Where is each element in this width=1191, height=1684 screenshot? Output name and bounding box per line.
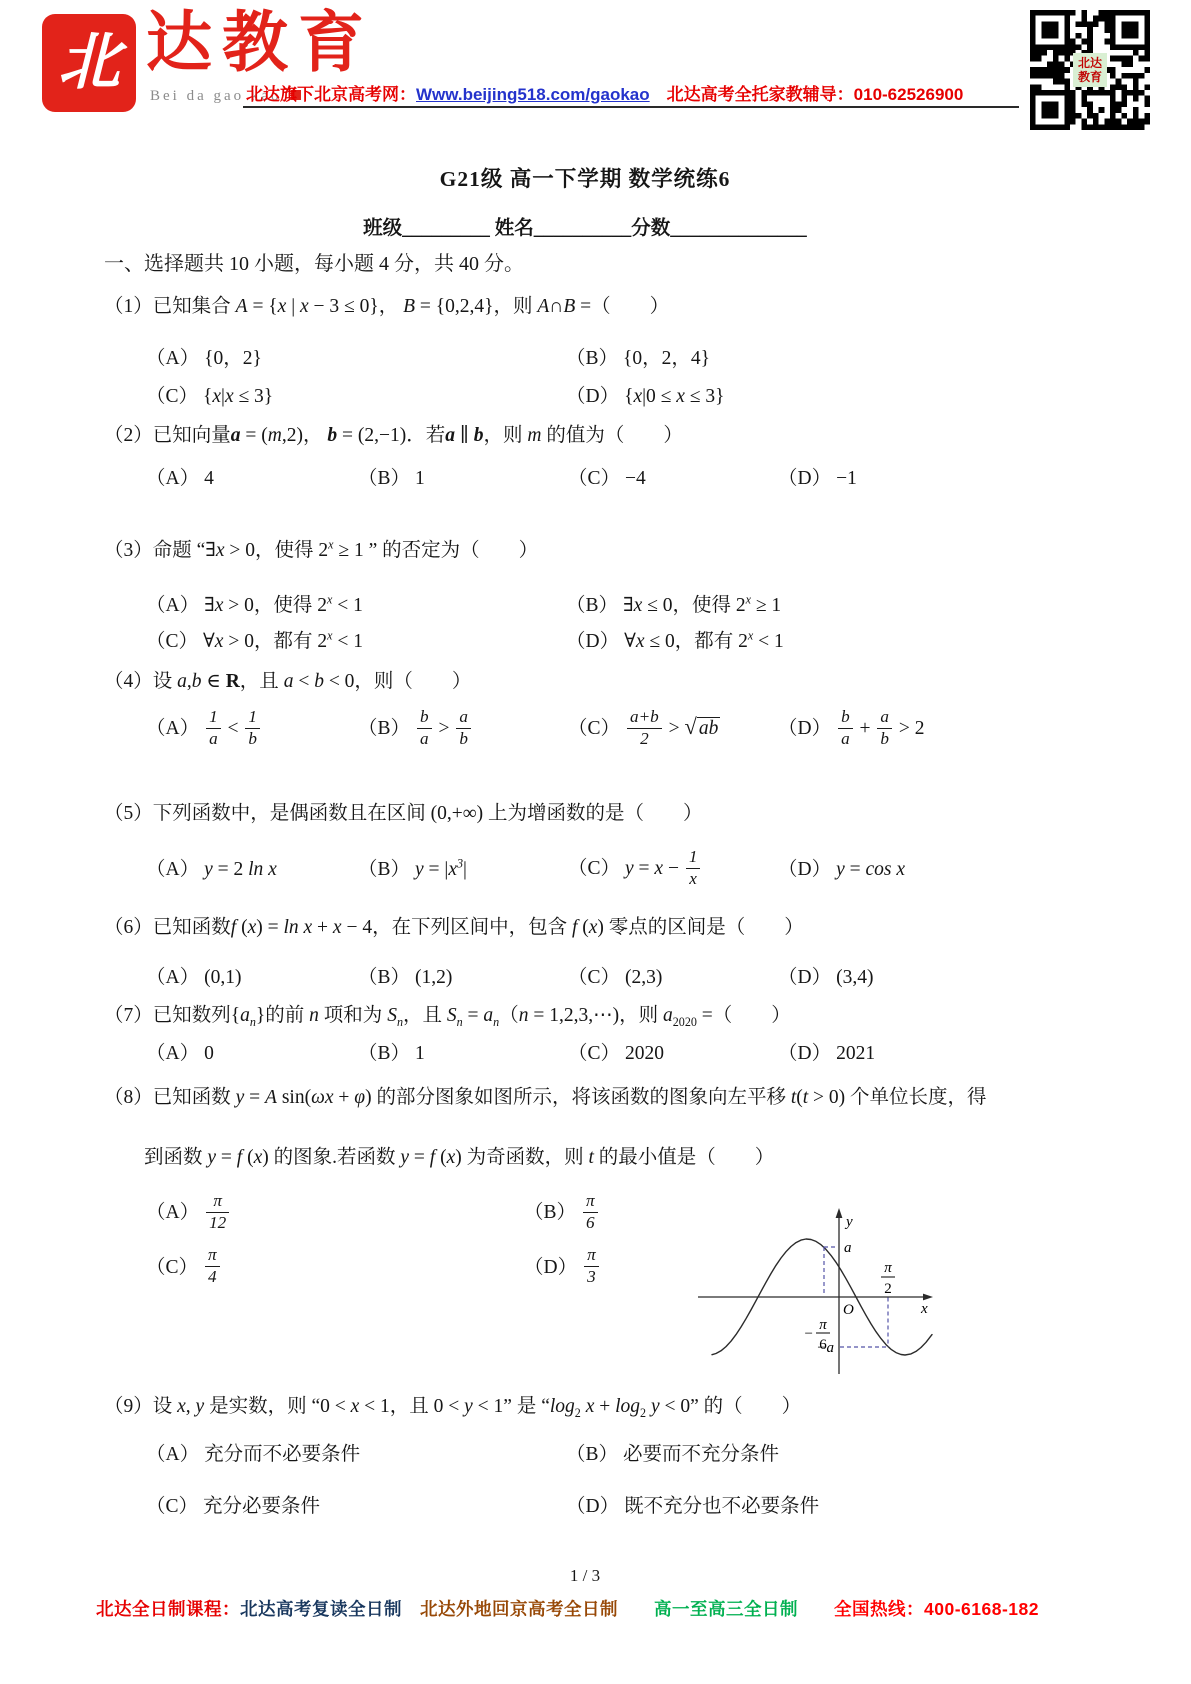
question-7: （7）已知数列{an}的前 n 项和为 Sn，且 Sn = an（n = 1,2… [104,1002,1114,1068]
svg-text:教育: 教育 [1077,69,1102,84]
question-6-option-a: （A）(0,1) [146,964,358,992]
question-4-stem: （4）设 a,b ∈ R，且 a < b < 0，则（ ） [104,668,1114,696]
question-6-options: （A）(0,1) （B）(1,2) （C）(2,3) （D）(3,4) [146,964,1114,992]
question-9-options: （A）充分而不必要条件 （B）必要而不充分条件 （C）充分必要条件 （D）既不充… [146,1441,1114,1521]
question-8-stem-line1: （8）已知函数 y = A sin(ωx + φ) 的部分图象如图所示，将该函数… [104,1084,1114,1112]
question-1-options: （A）{0，2} （B）{0，2，4} （C）{x|x ≤ 3} （D）{x|0… [146,345,1114,411]
question-1-option-c: （C）{x|x ≤ 3} [146,383,566,411]
question-5: （5）下列函数中，是偶函数且在区间 (0,+∞) 上为增函数的是（ ） （A）y… [104,800,1114,890]
question-3-option-d: （D）∀x ≤ 0，都有 2x < 1 [566,628,1114,656]
class-name-score-line: 班级_________ 姓名__________分数______________ [0,212,1170,240]
fraction: ba [838,708,853,748]
question-7-options: （A）0 （B）1 （C）2020 （D）2021 [146,1040,1114,1068]
question-9-option-c: （C）充分必要条件 [146,1493,566,1521]
header-phone-label: 北达高考全托家教辅导：010-62526900 [650,85,964,104]
fraction: π12 [206,1192,229,1232]
question-7-option-b: （B）1 [358,1040,568,1068]
svg-text:北达: 北达 [1078,55,1102,70]
question-3: （3）命题 “∃x > 0，使得 2x ≥ 1 ” 的否定为（ ） （A）∃x … [104,537,1114,656]
fraction: a+b2 [627,708,662,748]
y-axis-arrow [836,1208,843,1218]
sine-graph: y x a −a O π 2 − π 6 [686,1202,936,1380]
question-5-option-c: （C）y = x − 1x [568,850,778,890]
q8-sine-figure: y x a −a O π 2 − π 6 [686,1202,936,1380]
fraction: π6 [583,1192,598,1232]
question-2-options: （A）4 （B）1 （C）−4 （D）−1 [146,465,1114,493]
question-4: （4）设 a,b ∈ R，且 a < b < 0，则（ ） （A）1a < 1b… [104,668,1114,750]
qr-code-image: 北达教育 [1030,10,1150,130]
question-1: （1）已知集合 A = {x | x − 3 ≤ 0}， B = {0,2,4}… [104,293,1114,411]
question-1-option-d: （D）{x|0 ≤ x ≤ 3} [566,383,1114,411]
brand-seal-logo: 北 [42,14,136,112]
question-4-option-c: （C）a+b2 > √ab [568,710,778,750]
question-9-option-a: （A）充分而不必要条件 [146,1441,566,1469]
question-2-stem: （2）已知向量a = (m,2)， b = (2,−1)．若a ∥ b，则 m … [104,422,1114,450]
a-label: a [844,1240,852,1256]
fraction: π3 [584,1246,599,1286]
question-5-option-b: （B）y = |x3| [358,856,568,884]
x-axis-label: x [920,1301,928,1317]
fraction: π4 [205,1246,220,1286]
question-2: （2）已知向量a = (m,2)， b = (2,−1)．若a ∥ b，则 m … [104,422,1114,493]
section-heading: 一、选择题共 10 小题，每小题 4 分，共 40 分。 [104,247,524,276]
question-9-option-d: （D）既不充分也不必要条件 [566,1493,1114,1521]
y-axis-label: y [844,1214,853,1230]
header-divider [243,106,1019,108]
question-8-option-a: （A）π12 [146,1194,524,1234]
question-8-stem-line2: 到函数 y = f (x) 的图象.若函数 y = f (x) 为奇函数，则 t… [144,1144,1114,1172]
fraction: ab [877,708,892,748]
question-5-option-a: （A）y = 2 ln x [146,856,358,884]
question-7-option-c: （C）2020 [568,1040,778,1068]
question-3-option-b: （B）∃x ≤ 0，使得 2x ≥ 1 [566,592,1114,620]
question-9: （9）设 x, y 是实数，则 “0 < x < 1，且 0 < y < 1” … [104,1393,1114,1521]
question-6-option-c: （C）(2,3) [568,964,778,992]
question-7-stem: （7）已知数列{an}的前 n 项和为 Sn，且 Sn = an（n = 1,2… [104,1002,1114,1030]
question-6-option-d: （D）(3,4) [778,964,1114,992]
header-contact-line: 北达旗下北京高考网：Www.beijing518.com/gaokao 北达高考… [246,80,963,105]
exam-page: 北 达教育 Bei da gao kao 北达旗下北京高考网：Www.beiji… [0,0,1191,1684]
question-5-stem: （5）下列函数中，是偶函数且在区间 (0,+∞) 上为增函数的是（ ） [104,800,1114,828]
question-1-stem: （1）已知集合 A = {x | x − 3 ≤ 0}， B = {0,2,4}… [104,293,1114,321]
qr-code: 北达教育 [1030,10,1150,130]
square-root: √ab [685,718,721,739]
question-7-option-d: （D）2021 [778,1040,1114,1068]
question-3-stem: （3）命题 “∃x > 0，使得 2x ≥ 1 ” 的否定为（ ） [104,537,1114,565]
question-9-option-b: （B）必要而不充分条件 [566,1441,1114,1469]
brand-name: 达教育 [146,8,374,81]
neg-pi-over-6-numerator: π [819,1317,827,1333]
fraction: 1x [686,848,701,888]
question-6: （6）已知函数f (x) = ln x + x − 4，在下列区间中，包含 f … [104,914,1114,992]
neg-pi-over-6-denominator: 6 [819,1337,827,1353]
fraction: ba [417,708,432,748]
question-8-options: （A）π12 （B）π6 （C）π4 （D）π3 [146,1194,1114,1288]
question-2-option-c: （C）−4 [568,465,778,493]
question-6-option-b: （B）(1,2) [358,964,568,992]
question-1-option-a: （A）{0，2} [146,345,566,373]
question-4-option-d: （D）ba + ab > 2 [778,710,1114,750]
x-axis-arrow [923,1294,933,1301]
pi-over-2-denominator: 2 [884,1281,892,1297]
header-site-link[interactable]: Www.beijing518.com/gaokao [416,85,650,104]
question-8-option-c: （C）π4 [146,1248,524,1288]
page-number: 1 / 3 [0,1566,1170,1586]
question-1-option-b: （B）{0，2，4} [566,345,1114,373]
fraction: 1b [245,708,260,748]
question-7-option-a: （A）0 [146,1040,358,1068]
question-8: （8）已知函数 y = A sin(ωx + φ) 的部分图象如图所示，将该函数… [104,1084,1114,1288]
question-6-stem: （6）已知函数f (x) = ln x + x − 4，在下列区间中，包含 f … [104,914,1114,942]
pi-over-2-numerator: π [884,1260,892,1276]
origin-label: O [843,1302,854,1318]
question-3-options: （A）∃x > 0，使得 2x < 1 （B）∃x ≤ 0，使得 2x ≥ 1 … [146,592,1114,656]
page-title: G21级 高一下学期 数学统练6 [0,162,1170,193]
question-5-options: （A）y = 2 ln x （B）y = |x3| （C）y = x − 1x … [146,850,1114,890]
question-3-option-c: （C）∀x > 0，都有 2x < 1 [146,628,566,656]
question-2-option-b: （B）1 [358,465,568,493]
question-4-options: （A）1a < 1b （B）ba > ab （C）a+b2 > √ab （D）b… [146,710,1114,750]
brand-seal-character: 北 [58,32,120,94]
neg-pi-over-6-minus: − [805,1326,813,1342]
header-site-label: 北达旗下北京高考网： [246,85,416,104]
question-2-option-d: （D）−1 [778,465,1114,493]
footer-promo-line: 北达全日制课程：北达高考复读全日制 北达外地回京高考全日制 高一至高三全日制 全… [96,1596,1039,1621]
question-5-option-d: （D）y = cos x [778,856,1114,884]
question-4-option-b: （B）ba > ab [358,710,568,750]
question-9-stem: （9）设 x, y 是实数，则 “0 < x < 1，且 0 < y < 1” … [104,1393,1114,1421]
question-4-option-a: （A）1a < 1b [146,710,358,750]
fraction: ab [456,708,471,748]
question-3-option-a: （A）∃x > 0，使得 2x < 1 [146,592,566,620]
question-2-option-a: （A）4 [146,465,358,493]
fraction: 1a [206,708,221,748]
